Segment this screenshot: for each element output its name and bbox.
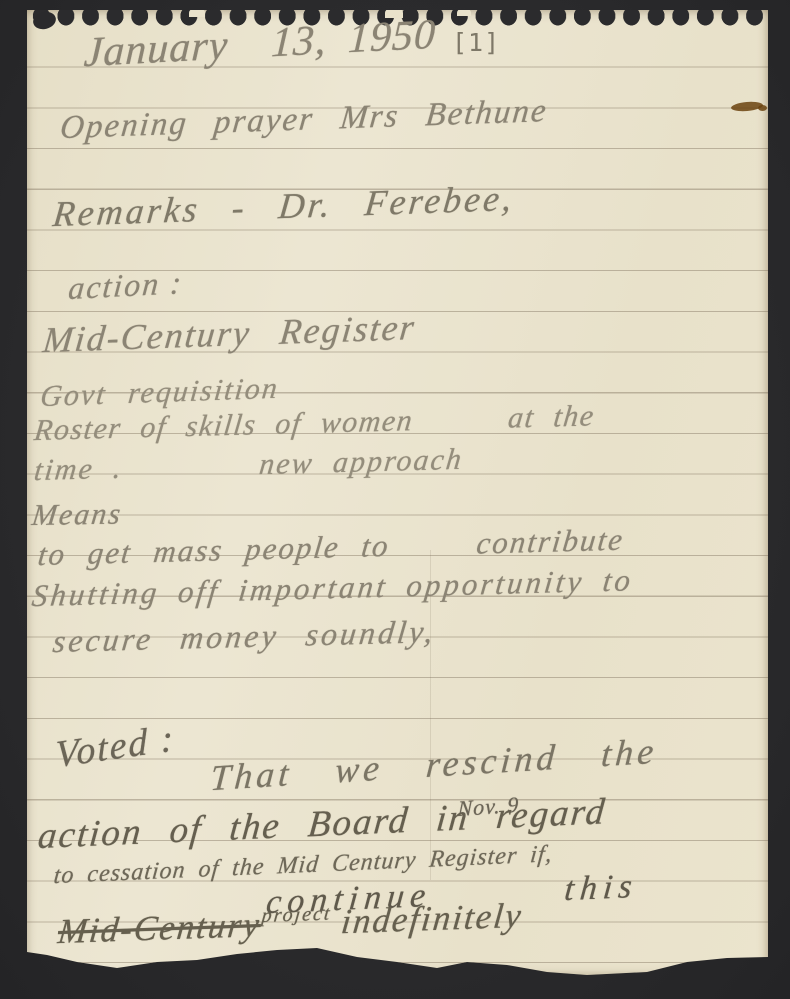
final-word-indefinitely: indefinitely <box>329 896 525 942</box>
torn-paper-tab <box>189 9 205 17</box>
line-action-heading: action : <box>67 266 184 304</box>
page-number-annotation: [1] <box>452 30 500 55</box>
torn-paper-tab <box>457 9 471 16</box>
scanned-notebook-page: January 13, 1950 [1] Opening prayer Mrs … <box>0 0 790 999</box>
struck-out-word: Mid-Century <box>56 905 263 951</box>
interlinear-insertion-project: project <box>261 902 333 927</box>
ink-stain-dot <box>758 105 767 111</box>
line-means: Means <box>30 499 124 531</box>
